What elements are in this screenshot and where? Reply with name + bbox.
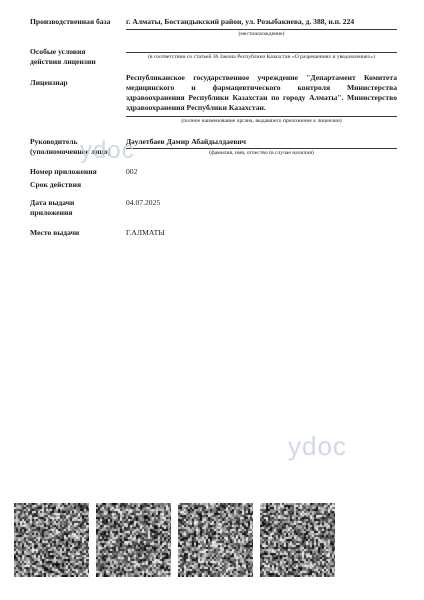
ydoc-watermark: ydoc bbox=[288, 431, 347, 462]
field-value-area: Г.АЛМАТЫ bbox=[126, 228, 397, 238]
field-value-area: (в соответствии со статьей 36 Закона Рес… bbox=[126, 47, 397, 67]
field-label: Место выдачи bbox=[30, 228, 114, 238]
field-value-area: Дәулетбаев Дамир Абайдылдаевич (фамилия,… bbox=[126, 137, 397, 157]
field-value: Дәулетбаев Дамир Абайдылдаевич bbox=[126, 137, 397, 149]
field-caption: (в соответствии со статьей 36 Закона Рес… bbox=[126, 53, 397, 61]
field-label: Лицензиар bbox=[30, 73, 114, 125]
field-value bbox=[126, 180, 397, 190]
qr-code bbox=[260, 503, 335, 577]
field-licensor: Лицензиар Республиканское государственно… bbox=[30, 73, 397, 125]
license-attachment-page: Производственная база г. Алматы, Бостанд… bbox=[0, 0, 424, 600]
field-value: Г.АЛМАТЫ bbox=[126, 228, 397, 238]
field-issue-place: Место выдачи Г.АЛМАТЫ bbox=[30, 228, 397, 238]
field-special-conditions: Особые условия действия лицензии (в соот… bbox=[30, 47, 397, 67]
field-production-base: Производственная база г. Алматы, Бостанд… bbox=[30, 17, 397, 38]
field-attachment-number: Номер приложения 002 bbox=[30, 167, 397, 177]
field-label: Номер приложения bbox=[30, 167, 114, 177]
qr-code-strip bbox=[14, 503, 335, 577]
field-caption: (местонахождение) bbox=[126, 30, 397, 38]
field-value-area: Республиканское государственное учрежден… bbox=[126, 73, 397, 125]
field-caption: (полное наименование органа, выдавшего п… bbox=[126, 117, 397, 125]
field-label: Особые условия действия лицензии bbox=[30, 47, 114, 67]
field-issue-date: Дата выдачи приложения 04.07.2025 bbox=[30, 198, 397, 218]
field-value: г. Алматы, Бостандыкский район, ул. Розы… bbox=[126, 17, 397, 30]
field-value-area: 04.07.2025 bbox=[126, 198, 397, 218]
field-value-area: г. Алматы, Бостандыкский район, ул. Розы… bbox=[126, 17, 397, 38]
field-value: 04.07.2025 bbox=[126, 198, 397, 208]
qr-code bbox=[96, 503, 171, 577]
field-value: 002 bbox=[126, 167, 397, 177]
field-head: Руководитель (уполномоченное лицо) Дәуле… bbox=[30, 137, 397, 157]
field-value: Республиканское государственное учрежден… bbox=[126, 73, 397, 117]
field-label: Срок действия bbox=[30, 180, 114, 190]
field-label: Производственная база bbox=[30, 17, 114, 38]
field-validity-period: Срок действия bbox=[30, 180, 397, 190]
field-label: Руководитель (уполномоченное лицо) bbox=[30, 137, 114, 157]
qr-code bbox=[178, 503, 253, 577]
field-value-area: 002 bbox=[126, 167, 397, 177]
field-value-area bbox=[126, 180, 397, 190]
qr-code bbox=[14, 503, 89, 577]
field-caption: (фамилия, имя, отчество (в случае наличи… bbox=[126, 149, 397, 157]
field-label: Дата выдачи приложения bbox=[30, 198, 114, 218]
